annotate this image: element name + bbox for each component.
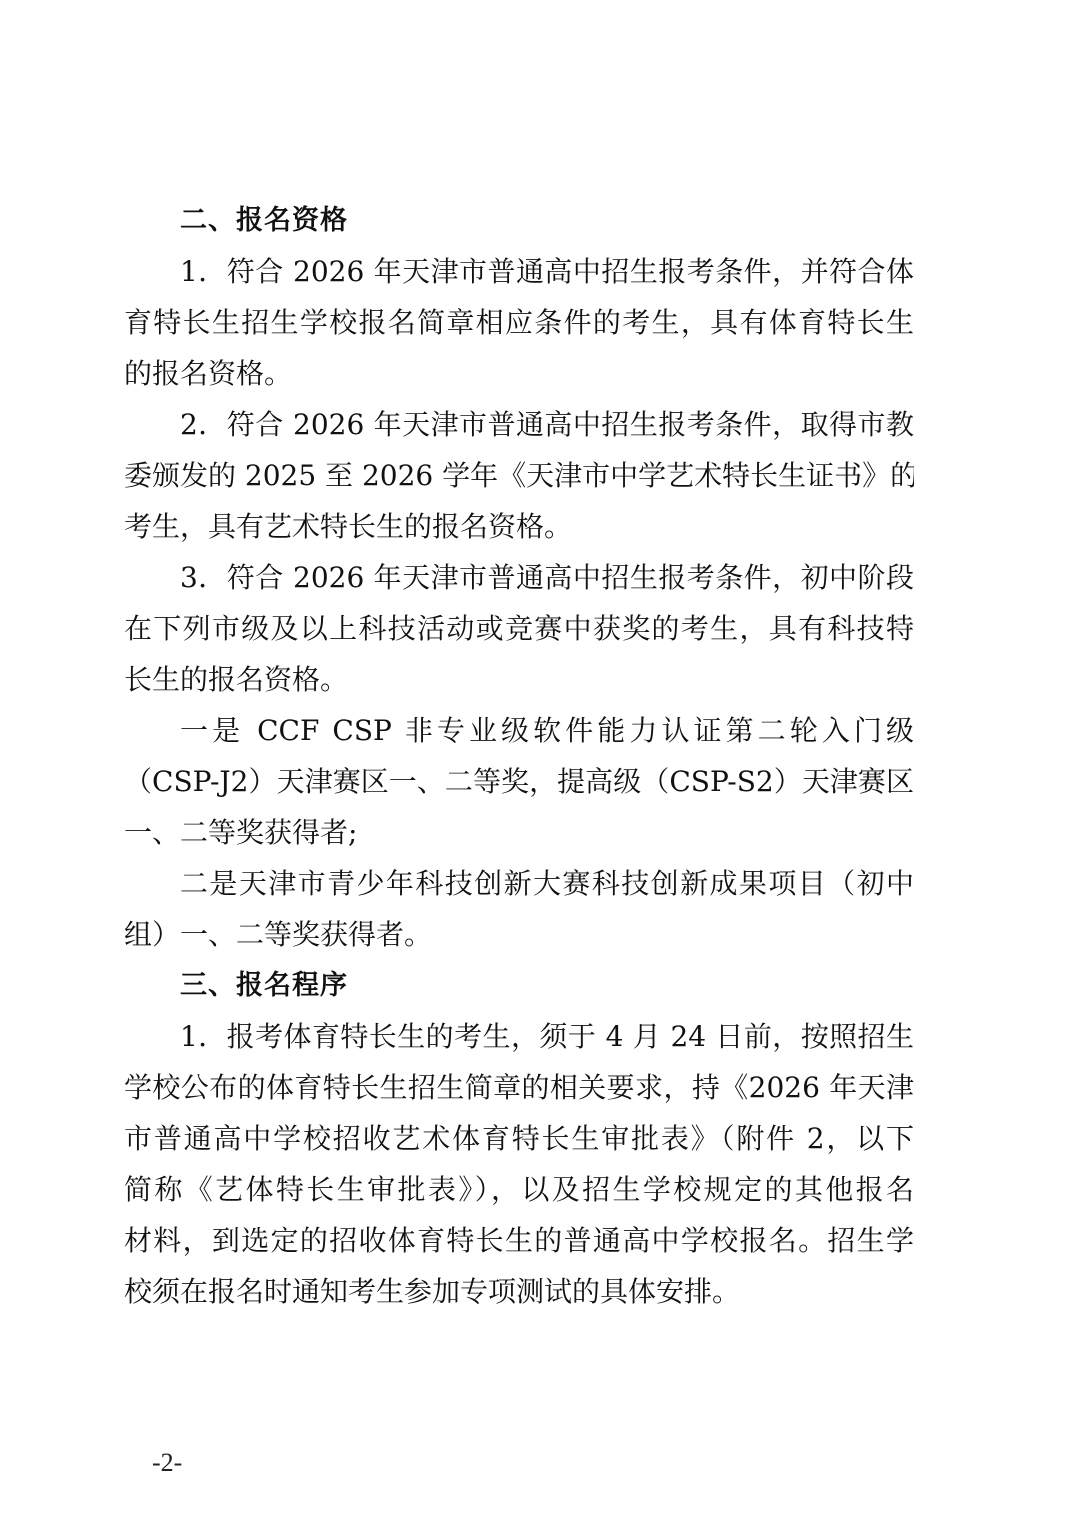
text-line: 组）一、二等奖获得者。	[124, 909, 914, 960]
text-line: 一、二等奖获得者;	[124, 807, 914, 858]
paragraph-procedure-1: 1．报考体育特长生的考生，须于 4 月 24 日前，按照招生 学校公布的体育特长…	[124, 1011, 914, 1317]
paragraph-eligibility-2: 2．符合 2026 年天津市普通高中招生报考条件，取得市教 委颁发的 2025 …	[124, 399, 914, 552]
text-line: 1．符合 2026 年天津市普通高中招生报考条件，并符合体	[124, 246, 914, 297]
paragraph-eligibility-3: 3．符合 2026 年天津市普通高中招生报考条件，初中阶段 在下列市级及以上科技…	[124, 552, 914, 705]
text-line: 3．符合 2026 年天津市普通高中招生报考条件，初中阶段	[124, 552, 914, 603]
paragraph-eligibility-innovation: 二是天津市青少年科技创新大赛科技创新成果项目（初中 组）一、二等奖获得者。	[124, 858, 914, 960]
text-line: 二是天津市青少年科技创新大赛科技创新成果项目（初中	[124, 858, 914, 909]
text-line: 材料，到选定的招收体育特长生的普通高中学校报名。招生学	[124, 1215, 914, 1266]
text-line: 简称《艺体特长生审批表》），以及招生学校规定的其他报名	[124, 1164, 914, 1215]
section-heading-procedure: 三、报名程序	[124, 960, 914, 1011]
paragraph-eligibility-1: 1．符合 2026 年天津市普通高中招生报考条件，并符合体 育特长生招生学校报名…	[124, 246, 914, 399]
text-line: 委颁发的 2025 至 2026 学年《天津市中学艺术特长生证书》的	[124, 450, 914, 501]
page-number: -2-	[152, 1448, 182, 1478]
text-line: 学校公布的体育特长生招生简章的相关要求，持《2026 年天津	[124, 1062, 914, 1113]
text-line: 在下列市级及以上科技活动或竞赛中获奖的考生，具有科技特	[124, 603, 914, 654]
text-line: 市普通高中学校招收艺术体育特长生审批表》（附件 2，以下	[124, 1113, 914, 1164]
text-line: 一是 CCF CSP 非专业级软件能力认证第二轮入门级	[124, 705, 914, 756]
paragraph-eligibility-csp: 一是 CCF CSP 非专业级软件能力认证第二轮入门级 （CSP-J2）天津赛区…	[124, 705, 914, 858]
section-heading-eligibility: 二、报名资格	[124, 195, 914, 246]
text-line: 1．报考体育特长生的考生，须于 4 月 24 日前，按照招生	[124, 1011, 914, 1062]
text-line: 的报名资格。	[124, 348, 914, 399]
text-line: 校须在报名时通知考生参加专项测试的具体安排。	[124, 1266, 914, 1317]
text-line: 考生，具有艺术特长生的报名资格。	[124, 501, 914, 552]
text-line: 长生的报名资格。	[124, 654, 914, 705]
document-page: 二、报名资格 1．符合 2026 年天津市普通高中招生报考条件，并符合体 育特长…	[124, 195, 914, 1317]
text-line: 育特长生招生学校报名简章相应条件的考生，具有体育特长生	[124, 297, 914, 348]
text-line: 2．符合 2026 年天津市普通高中招生报考条件，取得市教	[124, 399, 914, 450]
text-line: （CSP-J2）天津赛区一、二等奖，提高级（CSP-S2）天津赛区	[124, 756, 914, 807]
